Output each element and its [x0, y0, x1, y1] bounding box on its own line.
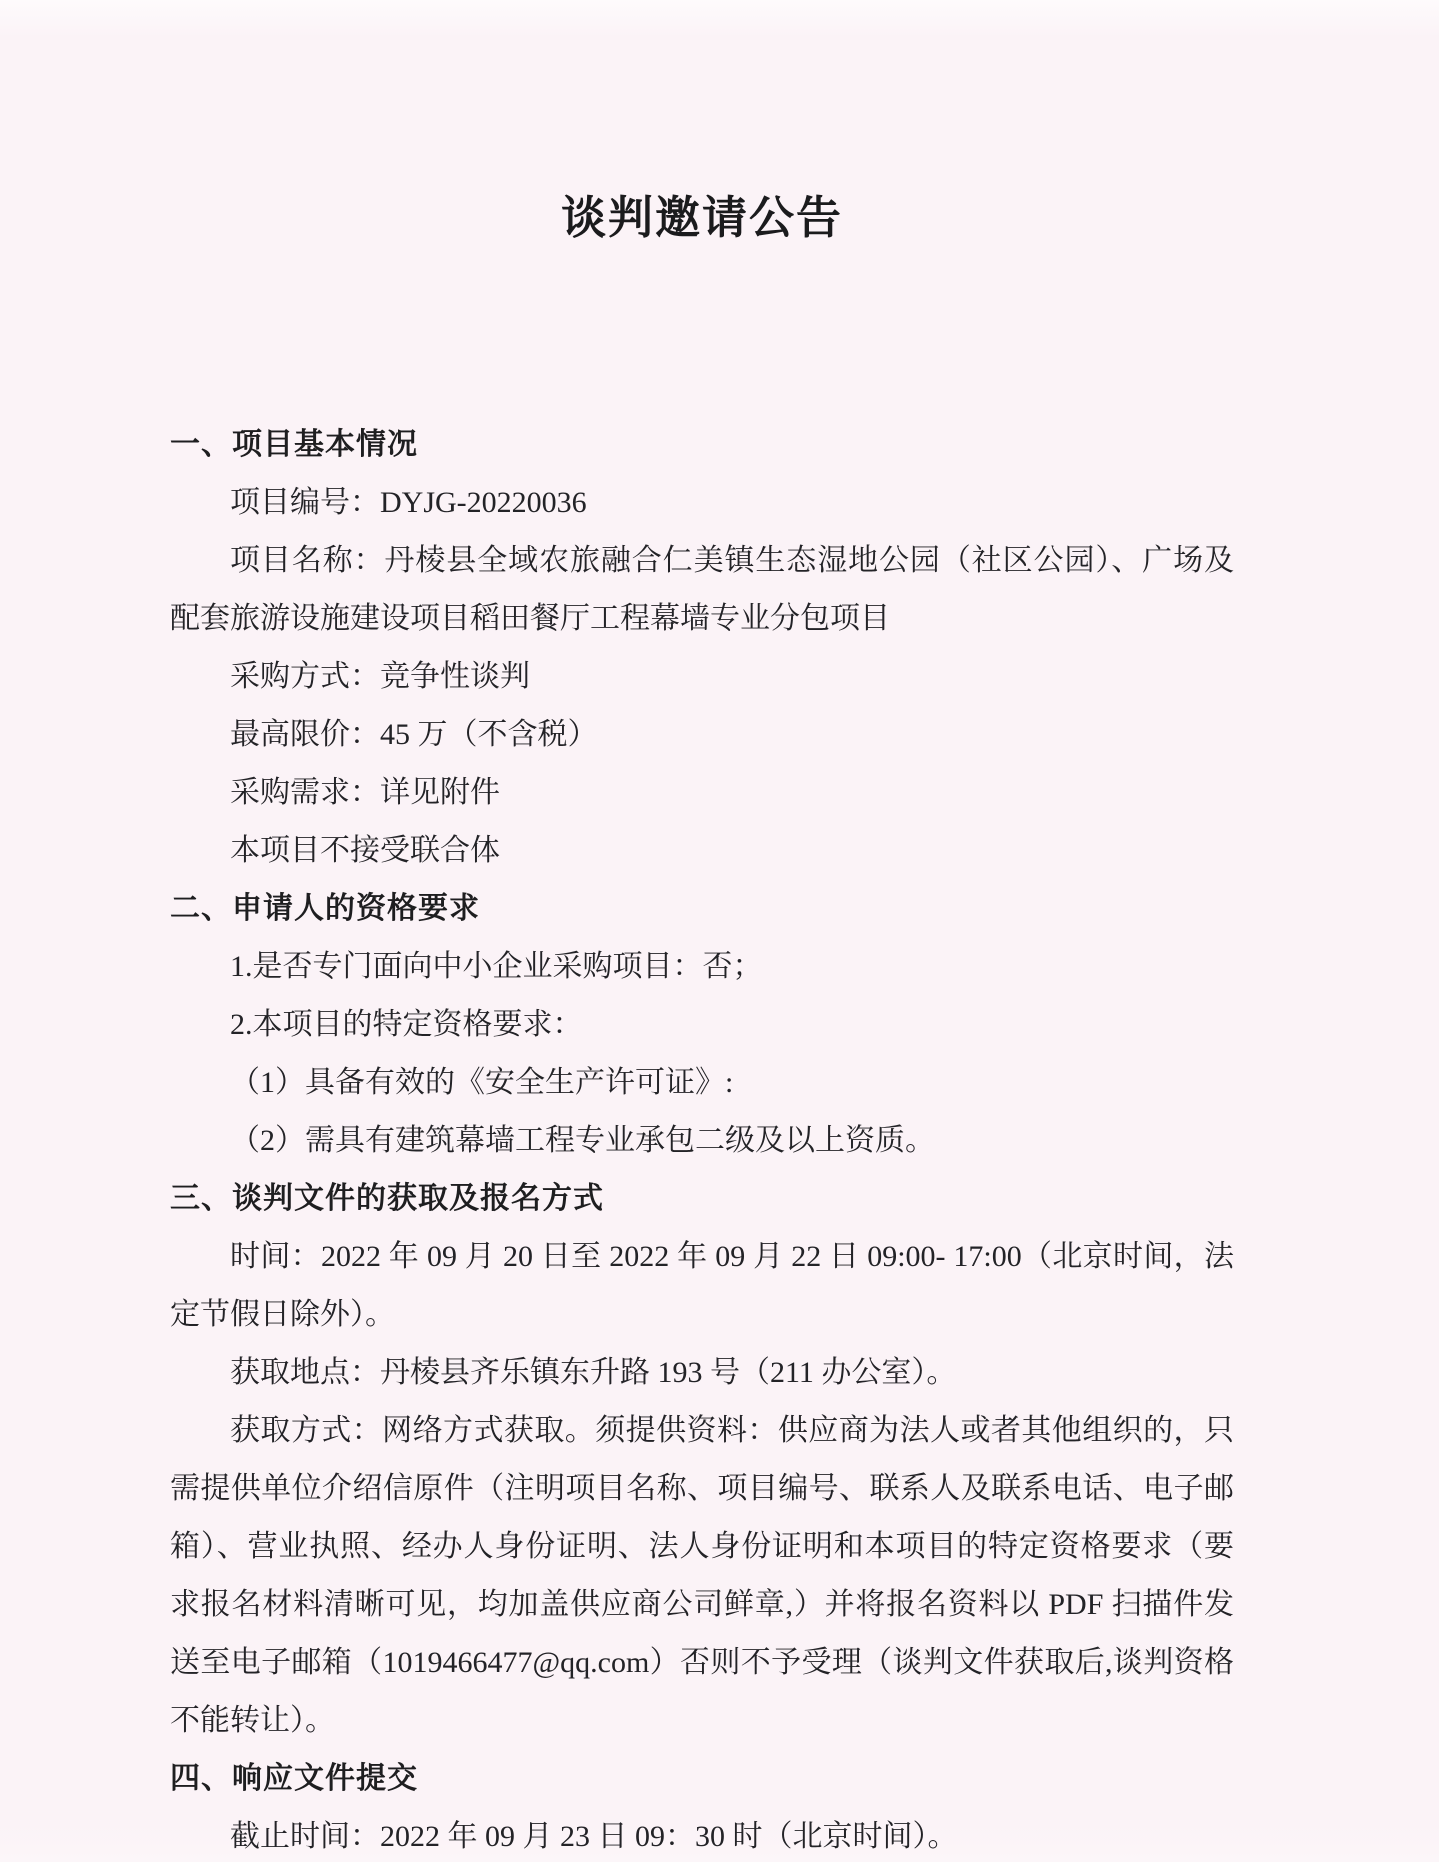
procurement-demand-line: 采购需求：详见附件 — [170, 764, 1234, 822]
document-page: 谈判邀请公告 一、项目基本情况 项目编号：DYJG-20220036 项目名称：… — [0, 0, 1439, 1862]
acquisition-method-line: 获取方式：网络方式获取。须提供资料：供应商为法人或者其他组织的，只需提供单位介绍… — [170, 1402, 1234, 1750]
msme-line: 1.是否专门面向中小企业采购项目：否； — [170, 938, 1234, 996]
section-heading-1: 一、项目基本情况 — [170, 416, 1234, 474]
price-cap-line: 最高限价：45 万（不含税） — [170, 706, 1234, 764]
section-response-submission: 四、响应文件提交 截止时间：2022 年 09 月 23 日 09：30 时（北… — [170, 1750, 1234, 1862]
section-applicant-qualifications: 二、申请人的资格要求 1.是否专门面向中小企业采购项目：否； 2.本项目的特定资… — [170, 880, 1234, 1170]
specific-qualification-line: 2.本项目的特定资格要求： — [170, 996, 1234, 1054]
project-name-line: 项目名称：丹棱县全域农旅融合仁美镇生态湿地公园（社区公园）、广场及配套旅游设施建… — [170, 532, 1234, 648]
submission-deadline-line: 截止时间：2022 年 09 月 23 日 09：30 时（北京时间）。 — [170, 1808, 1234, 1862]
section-document-acquisition: 三、谈判文件的获取及报名方式 时间：2022 年 09 月 20 日至 2022… — [170, 1170, 1234, 1750]
section-project-basics: 一、项目基本情况 项目编号：DYJG-20220036 项目名称：丹棱县全域农旅… — [170, 416, 1234, 880]
acquisition-location-line: 获取地点：丹棱县齐乐镇东升路 193 号（211 办公室）。 — [170, 1344, 1234, 1402]
section-heading-2: 二、申请人的资格要求 — [170, 880, 1234, 938]
document-title: 谈判邀请公告 — [170, 192, 1234, 244]
qualification-item-2: （2）需具有建筑幕墙工程专业承包二级及以上资质。 — [170, 1112, 1234, 1170]
qualification-item-1: （1）具备有效的《安全生产许可证》: — [170, 1054, 1234, 1112]
acquisition-time-line: 时间：2022 年 09 月 20 日至 2022 年 09 月 22 日 09… — [170, 1228, 1234, 1344]
section-heading-4: 四、响应文件提交 — [170, 1750, 1234, 1808]
procurement-method-line: 采购方式：竞争性谈判 — [170, 648, 1234, 706]
project-number-line: 项目编号：DYJG-20220036 — [170, 474, 1234, 532]
no-consortium-line: 本项目不接受联合体 — [170, 822, 1234, 880]
section-heading-3: 三、谈判文件的获取及报名方式 — [170, 1170, 1234, 1228]
